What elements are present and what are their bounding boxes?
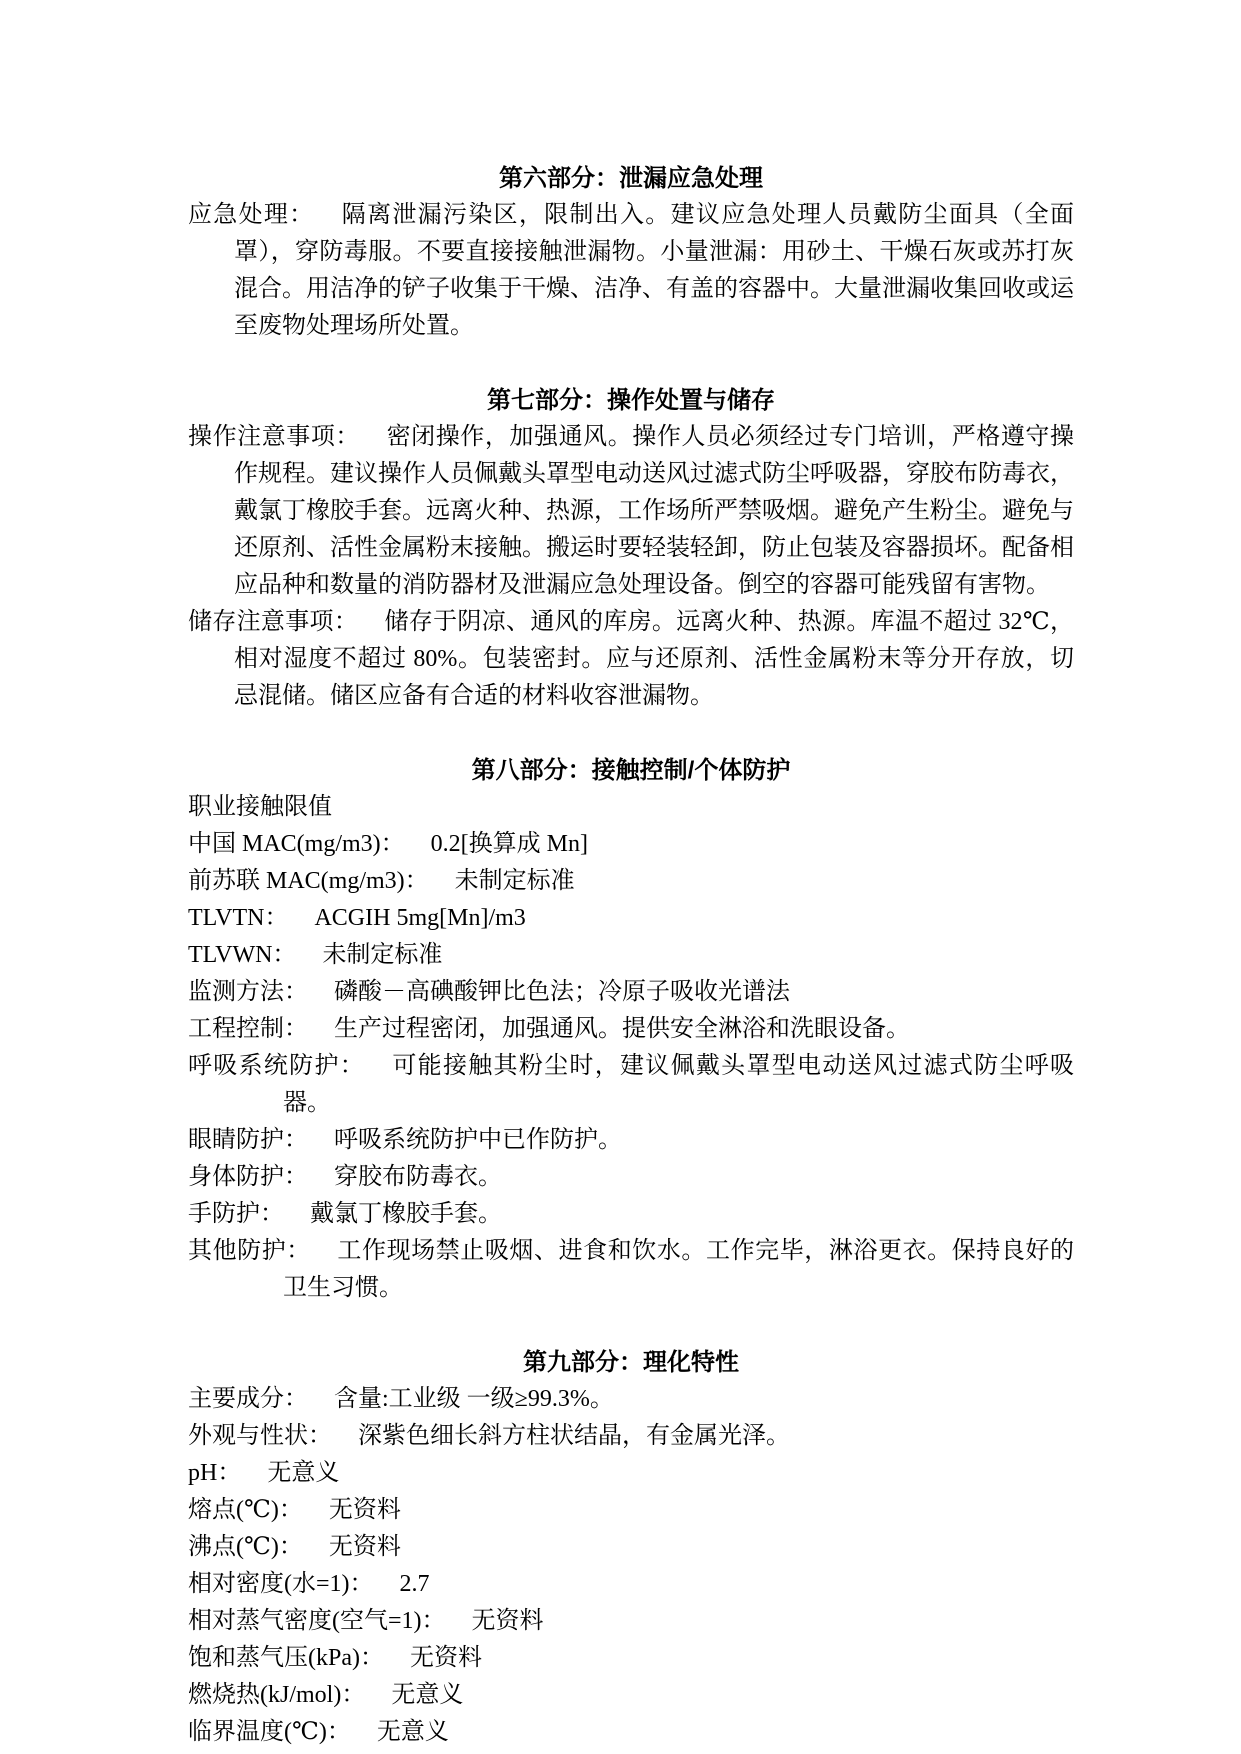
field-label: 工程控制： xyxy=(188,1016,308,1042)
field-label: 身体防护： xyxy=(188,1164,308,1190)
field-value: 磷酸－高碘酸钾比色法；冷原子吸收光谱法 xyxy=(334,979,790,1005)
field-value: 隔离泄漏污染区，限制出入。建议应急处理人员戴防尘面具（全面罩），穿防毒服。不要直… xyxy=(234,202,1074,339)
field-label: 沸点(℃)： xyxy=(188,1534,303,1560)
paragraph: 主要成分：含量:工业级 一级≥99.3%。 xyxy=(188,1381,1074,1418)
field-value: 无意义 xyxy=(267,1460,339,1486)
paragraph: 身体防护：穿胶布防毒衣。 xyxy=(188,1159,1074,1196)
paragraph: 呼吸系统防护：可能接触其粉尘时，建议佩戴头罩型电动送风过滤式防尘呼吸器。 xyxy=(188,1048,1074,1122)
paragraph: 外观与性状：深紫色细长斜方柱状结晶，有金属光泽。 xyxy=(188,1418,1074,1455)
paragraph: 燃烧热(kJ/mol)：无意义 xyxy=(188,1677,1074,1714)
field-label: TLVTN： xyxy=(188,905,288,931)
field-label: 职业接触限值 xyxy=(188,794,332,820)
section-3: 第八部分：接触控制/个体防护职业接触限值中国 MAC(mg/m3)：0.2[换算… xyxy=(188,752,1074,1307)
field-label: 主要成分： xyxy=(188,1386,308,1412)
field-label: 前苏联 MAC(mg/m3)： xyxy=(188,868,429,894)
document-page: 第六部分：泄漏应急处理应急处理：隔离泄漏污染区，限制出入。建议应急处理人员戴防尘… xyxy=(0,0,1241,1754)
paragraph: 应急处理：隔离泄漏污染区，限制出入。建议应急处理人员戴防尘面具（全面罩），穿防毒… xyxy=(188,197,1074,345)
section-title: 第九部分：理化特性 xyxy=(188,1344,1074,1381)
field-value: 穿胶布防毒衣。 xyxy=(334,1164,502,1190)
field-value: 无资料 xyxy=(472,1608,544,1634)
paragraph: pH：无意义 xyxy=(188,1455,1074,1492)
field-value: 含量:工业级 一级≥99.3%。 xyxy=(334,1386,614,1412)
field-label: 相对蒸气密度(空气=1)： xyxy=(188,1608,446,1634)
field-label: 其他防护： xyxy=(188,1238,311,1264)
field-label: 眼睛防护： xyxy=(188,1127,308,1153)
field-value: ACGIH 5mg[Mn]/m3 xyxy=(314,905,525,931)
field-value: 工作现场禁止吸烟、进食和饮水。工作完毕，淋浴更衣。保持良好的卫生习惯。 xyxy=(283,1238,1074,1301)
field-value: 0.2[换算成 Mn] xyxy=(431,831,588,857)
field-value: 密闭操作，加强通风。操作人员必须经过专门培训，严格遵守操作规程。建议操作人员佩戴… xyxy=(234,424,1074,598)
field-label: 外观与性状： xyxy=(188,1423,332,1449)
field-label: 饱和蒸气压(kPa)： xyxy=(188,1645,384,1671)
paragraph: 工程控制：生产过程密闭，加强通风。提供安全淋浴和洗眼设备。 xyxy=(188,1011,1074,1048)
paragraph: 中国 MAC(mg/m3)：0.2[换算成 Mn] xyxy=(188,826,1074,863)
field-value: 无意义 xyxy=(377,1719,449,1745)
section-title: 第六部分：泄漏应急处理 xyxy=(188,160,1074,197)
field-label: 操作注意事项： xyxy=(188,424,360,450)
paragraph: 手防护：戴氯丁橡胶手套。 xyxy=(188,1196,1074,1233)
field-value: 2.7 xyxy=(400,1571,430,1597)
field-value: 戴氯丁橡胶手套。 xyxy=(310,1201,502,1227)
paragraph: 临界温度(℃)：无意义 xyxy=(188,1714,1074,1751)
field-label: TLVWN： xyxy=(188,942,296,968)
paragraph: 储存注意事项：储存于阴凉、通风的库房。远离火种、热源。库温不超过 32℃，相对湿… xyxy=(188,604,1074,715)
document-content: 第六部分：泄漏应急处理应急处理：隔离泄漏污染区，限制出入。建议应急处理人员戴防尘… xyxy=(188,160,1074,1751)
paragraph: 操作注意事项：密闭操作，加强通风。操作人员必须经过专门培训，严格遵守操作规程。建… xyxy=(188,419,1074,604)
field-value: 未制定标准 xyxy=(322,942,442,968)
paragraph: 相对密度(水=1)：2.7 xyxy=(188,1566,1074,1603)
field-label: 手防护： xyxy=(188,1201,284,1227)
field-value: 储存于阴凉、通风的库房。远离火种、热源。库温不超过 32℃，相对湿度不超过 80… xyxy=(234,609,1074,709)
paragraph: 眼睛防护：呼吸系统防护中已作防护。 xyxy=(188,1122,1074,1159)
field-label: 监测方法： xyxy=(188,979,308,1005)
section-title: 第七部分：操作处置与储存 xyxy=(188,382,1074,419)
paragraph: 前苏联 MAC(mg/m3)：未制定标准 xyxy=(188,863,1074,900)
field-label: 相对密度(水=1)： xyxy=(188,1571,374,1597)
paragraph: TLVWN：未制定标准 xyxy=(188,937,1074,974)
field-label: 应急处理： xyxy=(188,202,314,228)
paragraph: TLVTN：ACGIH 5mg[Mn]/m3 xyxy=(188,900,1074,937)
field-label: 呼吸系统防护： xyxy=(188,1053,365,1079)
field-label: 储存注意事项： xyxy=(188,609,358,635)
section-title: 第八部分：接触控制/个体防护 xyxy=(188,752,1074,789)
paragraph: 沸点(℃)：无资料 xyxy=(188,1529,1074,1566)
paragraph: 饱和蒸气压(kPa)：无资料 xyxy=(188,1640,1074,1677)
field-value: 未制定标准 xyxy=(455,868,575,894)
paragraph: 熔点(℃)：无资料 xyxy=(188,1492,1074,1529)
paragraph: 监测方法：磷酸－高碘酸钾比色法；冷原子吸收光谱法 xyxy=(188,974,1074,1011)
section-2: 第七部分：操作处置与储存操作注意事项：密闭操作，加强通风。操作人员必须经过专门培… xyxy=(188,382,1074,715)
field-value: 可能接触其粉尘时，建议佩戴头罩型电动送风过滤式防尘呼吸器。 xyxy=(283,1053,1074,1116)
paragraph: 职业接触限值 xyxy=(188,789,1074,826)
field-label: 熔点(℃)： xyxy=(188,1497,303,1523)
field-value: 无意义 xyxy=(391,1682,463,1708)
section-4: 第九部分：理化特性主要成分：含量:工业级 一级≥99.3%。外观与性状：深紫色细… xyxy=(188,1344,1074,1751)
field-value: 无资料 xyxy=(410,1645,482,1671)
field-label: 临界温度(℃)： xyxy=(188,1719,351,1745)
field-value: 深紫色细长斜方柱状结晶，有金属光泽。 xyxy=(358,1423,790,1449)
field-label: 中国 MAC(mg/m3)： xyxy=(188,831,405,857)
field-value: 无资料 xyxy=(329,1534,401,1560)
field-value: 生产过程密闭，加强通风。提供安全淋浴和洗眼设备。 xyxy=(334,1016,910,1042)
paragraph: 相对蒸气密度(空气=1)：无资料 xyxy=(188,1603,1074,1640)
field-value: 无资料 xyxy=(329,1497,401,1523)
field-label: pH： xyxy=(188,1460,241,1486)
paragraph: 其他防护：工作现场禁止吸烟、进食和饮水。工作完毕，淋浴更衣。保持良好的卫生习惯。 xyxy=(188,1233,1074,1307)
field-value: 呼吸系统防护中已作防护。 xyxy=(334,1127,622,1153)
field-label: 燃烧热(kJ/mol)： xyxy=(188,1682,365,1708)
section-1: 第六部分：泄漏应急处理应急处理：隔离泄漏污染区，限制出入。建议应急处理人员戴防尘… xyxy=(188,160,1074,345)
